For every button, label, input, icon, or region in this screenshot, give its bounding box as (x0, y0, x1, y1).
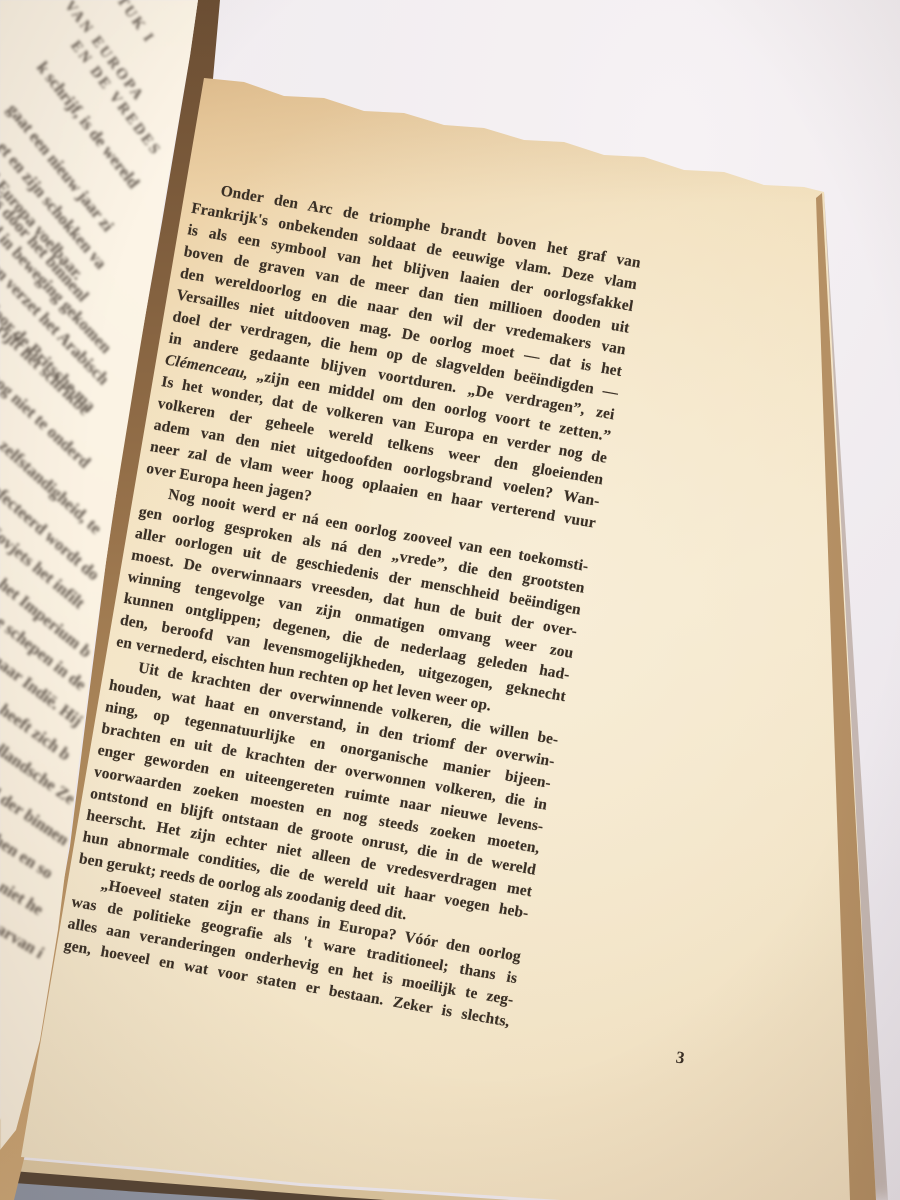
left-page-fragment: STUK I (106, 0, 157, 47)
page-number: 3 (675, 1047, 686, 1068)
left-page-fragment: zelfstandigheid, te (0, 436, 106, 539)
open-book-photo: Onder den Arc de triomphe brandt boven h… (0, 0, 900, 1200)
left-page-fragment: aarvan i (0, 915, 47, 963)
